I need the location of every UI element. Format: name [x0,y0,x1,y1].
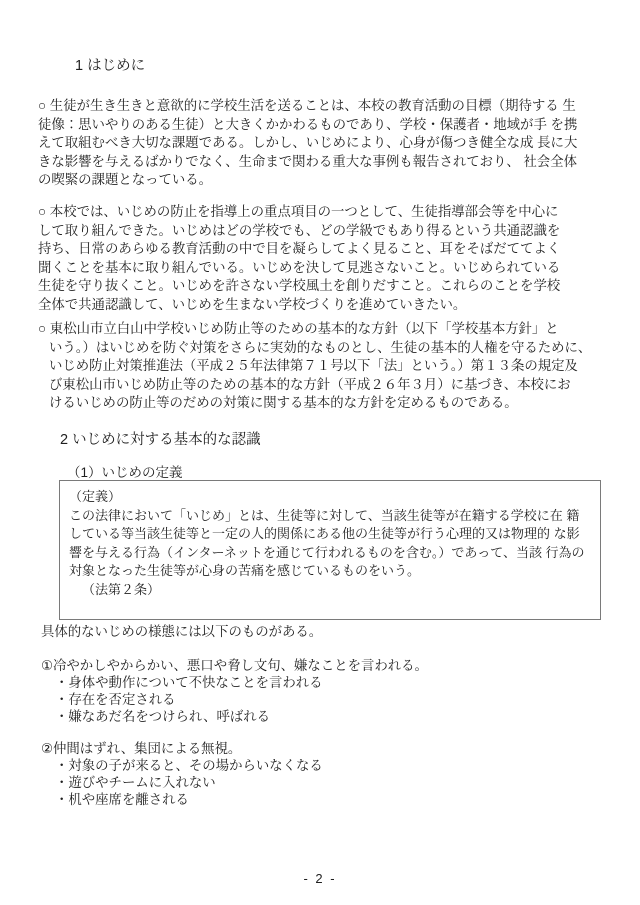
text-line: の喫緊の課題となっている。 [38,171,577,190]
examples-intro: 具体的ないじめの様態には以下のものがある。 [41,623,322,642]
paragraph-policy-basis: ○ 東松山市立白山中学校いじめ防止等のための基本的な方針（以下「学校基本方針」と… [38,320,591,413]
paragraph-school-efforts: ○ 本校では、いじめの防止を指導上の重点項目の一つとして、生徒指導部会等を中心に… [38,203,560,315]
definition-body: この法律において「いじめ」とは、生徒等に対して、当該生徒等が在籍する学校に在 籍… [69,507,591,581]
text-line: えて取組むべき大切な課題である。しかし、いじめにより、心身が傷つき健全な成 長に… [38,134,577,153]
section-2-heading: 2 いじめに対する基本的な認識 [60,428,261,449]
paragraph-school-goal: ○ 生徒が生き生きと意欲的に学校生活を送ることは、本校の教育活動の目標（期待する… [38,97,577,190]
bullet-line: ・遊びやチームに入れない [41,774,323,791]
example-1-bullets: ・身体や動作について不快なことを言われる・存在を否定される・嫌なあだ名をつけられ… [41,674,428,725]
definition-citation: （法第２条） [69,581,591,600]
text-line: 聞くことを基本に取り組んでいる。いじめを決して見逃さないこと。いじめられている [38,259,560,278]
example-2-bullets: ・対象の子が来ると、その場からいなくなる・遊びやチームに入れない・机や座席を離さ… [41,757,323,808]
text-line: 徒像：思いやりのある生徒）と大きくかかわるものであり、学校・保護者・地域が手 を… [38,116,577,135]
text-line: 対象となった生徒等が心身の苦痛を感じているものをいう。 [69,562,591,581]
subsection-1-heading: （1）いじめの定義 [67,461,183,481]
bullet-line: ・嫌なあだ名をつけられ、呼ばれる [41,708,428,725]
text-line: けるいじめの防止等のだめの対策に関する基本的な方針を定めるものである。 [38,394,591,413]
text-line: ○ 生徒が生き生きと意欲的に学校生活を送ることは、本校の教育活動の目標（期待する… [38,97,577,116]
text-line: いじめ防止対策推進法（平成２５年法律第７１号以下「法」という。）第１３条の規定及 [38,357,591,376]
text-line: している等当該生徒等と一定の人的関係にある他の生徒等が行う心理的又は物理的 な影 [69,525,591,544]
definition-box: （定義） この法律において「いじめ」とは、生徒等に対して、当該生徒等が在籍する学… [59,480,601,620]
text-line: きな影響を与えるばかりでなく、生命まで関わる重大な事例も報告されており、 社会全… [38,153,577,172]
text-line: 持ち、日常のあらゆる教育活動の中で目を凝らしてよく見ること、耳をそばだててよく [38,240,560,259]
text-line: び東松山市いじめ防止等のための基本的な方針（平成２６年３月）に基づき、本校にお [38,376,591,395]
bullet-line: ・存在を否定される [41,691,428,708]
text-line: 生徒を守り抜くこと。いじめを許さない学校風土を創りだすこと。これらのことを学校 [38,277,560,296]
example-item-2: ②仲間はずれ、集団による無視。 ・対象の子が来ると、その場からいなくなる・遊びや… [41,740,323,808]
bullet-line: ・対象の子が来ると、その場からいなくなる [41,757,323,774]
example-1-title: ①冷やかしやからかい、悪口や脅し文句、嫌なことを言われる。 [41,657,428,674]
text-line: この法律において「いじめ」とは、生徒等に対して、当該生徒等が在籍する学校に在 籍 [69,507,591,526]
page-number: - 2 - [0,871,640,886]
text-line: 響を与える行為（インターネットを通じて行われるものを含む。）であって、当該 行為… [69,544,591,563]
bullet-line: ・机や座席を離される [41,791,323,808]
document-page: 1 はじめに ○ 生徒が生き生きと意欲的に学校生活を送ることは、本校の教育活動の… [0,0,640,905]
text-line: ○ 本校では、いじめの防止を指導上の重点項目の一つとして、生徒指導部会等を中心に [38,203,560,222]
text-line: ○ 東松山市立白山中学校いじめ防止等のための基本的な方針（以下「学校基本方針」と [38,320,591,339]
text-line: 全体で共通認識して、いじめを生まない学校づくりを進めていきたい。 [38,296,560,315]
text-line: して取り組んできた。いじめはどの学校でも、どの学級でもあり得るという共通認識を [38,222,560,241]
section-1-heading: 1 はじめに [75,54,145,75]
text-line: いう。）はいじめを防ぐ対策をさらに実効的なものとし、生徒の基本的人権を守るために… [38,339,591,358]
example-item-1: ①冷やかしやからかい、悪口や脅し文句、嫌なことを言われる。 ・身体や動作について… [41,657,428,725]
bullet-line: ・身体や動作について不快なことを言われる [41,674,428,691]
example-2-title: ②仲間はずれ、集団による無視。 [41,740,323,757]
definition-label: （定義） [69,488,591,507]
